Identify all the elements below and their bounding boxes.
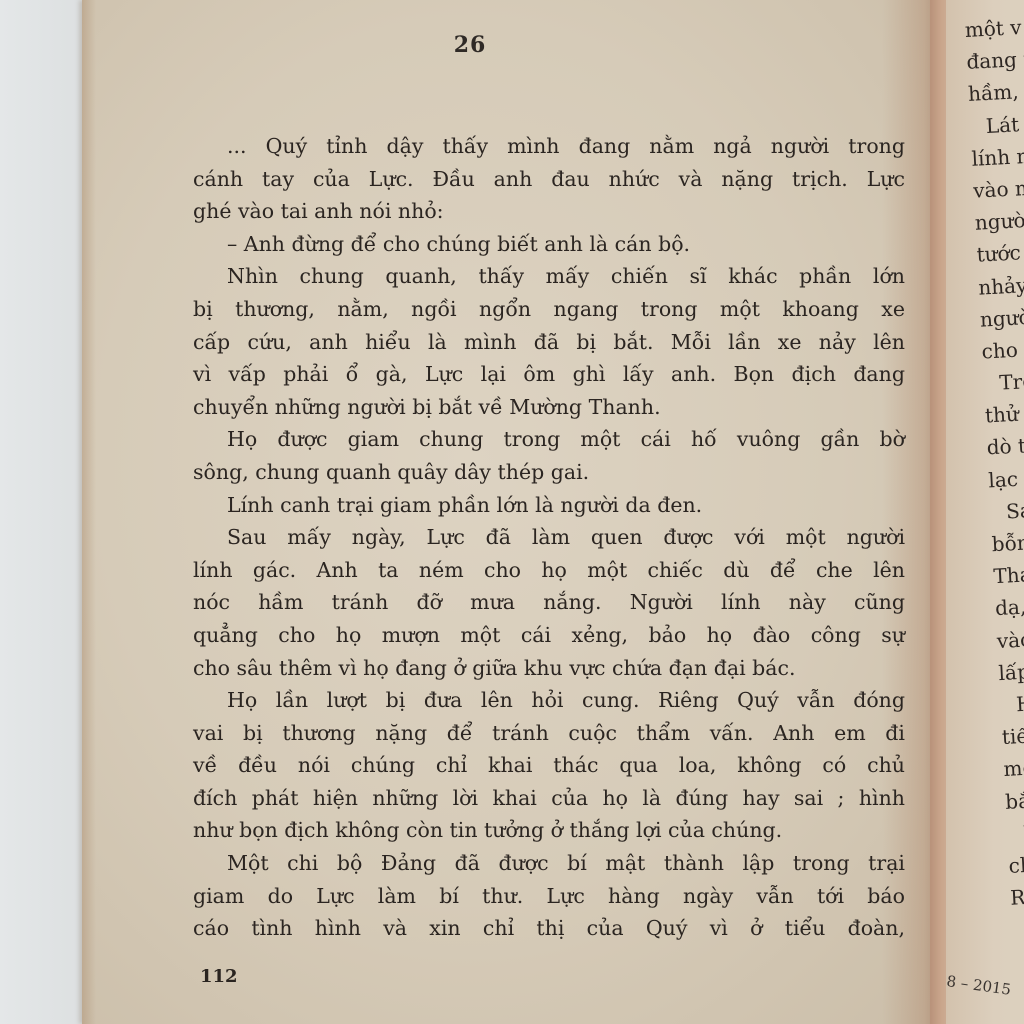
text-line: quẳng cho họ mượn một cái xẻng, bảo họ đ… <box>193 619 905 652</box>
right-text-line: bỗng n <box>991 524 1024 560</box>
right-text-line: Riêng I <box>1009 878 1024 914</box>
page-body-text: ... Quý tỉnh dậy thấy mình đang nằm ngả … <box>193 130 905 945</box>
text-line: cấp cứu, anh hiểu là mình đã bị bắt. Mỗi… <box>193 326 905 359</box>
book-photo: 26 ... Quý tỉnh dậy thấy mình đang nằm n… <box>0 0 1024 1024</box>
right-text-line: tiếng c <box>1001 717 1024 753</box>
right-text-line: chúng <box>1008 846 1024 882</box>
right-text-line: nhảy c <box>977 267 1024 303</box>
text-line: nóc hầm tránh đỡ mưa nắng. Người lính nà… <box>193 586 905 619</box>
text-line: bị thương, nằm, ngồi ngổn ngang trong mộ… <box>193 293 905 326</box>
text-line: Nhìn chung quanh, thấy mấy chiến sĩ khác… <box>193 260 905 293</box>
text-line: – Anh đừng để cho chúng biết anh là cán … <box>193 228 905 261</box>
page-number: 112 <box>200 966 238 987</box>
right-text-line: Tron <box>983 364 1024 400</box>
text-line: về đều nói chúng chỉ khai thác qua loa, … <box>193 749 905 782</box>
right-text-line: Sáng <box>989 492 1024 528</box>
text-line: vai bị thương nặng để tránh cuộc thẩm vấ… <box>193 717 905 750</box>
right-text-line: người <box>979 299 1024 335</box>
text-line: đích phát hiện những lời khai của họ là … <box>193 782 905 815</box>
right-text-line: cho há <box>981 331 1024 367</box>
right-text-line: dạ, nhả <box>994 589 1024 625</box>
text-line: cho sâu thêm vì họ đang ở giữa khu vực c… <box>193 652 905 685</box>
right-text-line: dò tìm <box>986 428 1024 464</box>
right-page: một vđang thầm, hLátlính mvào mingườitướ… <box>946 0 1024 1024</box>
right-text-line: hầm, h <box>967 74 1024 110</box>
text-line: cáo tình hình và xin chỉ thị của Quý vì … <box>193 912 905 945</box>
right-page-footer: 8 – 2015 <box>946 972 1012 999</box>
right-text-line: lạc đư <box>988 460 1024 496</box>
text-line: vì vấp phải ổ gà, Lực lại ôm ghì lấy anh… <box>193 358 905 391</box>
right-text-line: tước n <box>976 235 1024 271</box>
text-line: chuyển những người bị bắt về Mường Thanh… <box>193 391 905 424</box>
right-text-line: Thanh <box>993 556 1024 592</box>
right-text-line: lấp đất <box>998 653 1024 689</box>
text-line: Họ lần lượt bị đưa lên hỏi cung. Riêng Q… <box>193 684 905 717</box>
right-text-line: Bọn <box>1006 814 1024 850</box>
right-text-line: thử ma <box>984 396 1024 432</box>
text-line: ghé vào tai anh nói nhỏ: <box>193 195 905 228</box>
text-line: Một chi bộ Đảng đã được bí mật thành lập… <box>193 847 905 880</box>
background-surface <box>0 0 92 1024</box>
right-text-line: Họ đ <box>999 685 1024 721</box>
text-line: giam do Lực làm bí thư. Lực hàng ngày vẫ… <box>193 880 905 913</box>
right-text-line: vào mộ <box>996 621 1024 657</box>
text-line: Sau mấy ngày, Lực đã làm quen được với m… <box>193 521 905 554</box>
text-line: Lính canh trại giam phần lớn là người da… <box>193 489 905 522</box>
text-line: Họ được giam chung trong một cái hố vuôn… <box>193 423 905 456</box>
right-text-line: đang t <box>966 42 1024 78</box>
text-line: như bọn địch không còn tin tưởng ở thắng… <box>193 814 905 847</box>
right-text-line: lính m <box>971 139 1024 175</box>
chapter-number: 26 <box>0 32 940 58</box>
right-text-line: người <box>974 203 1024 239</box>
right-text-line: một v <box>964 10 1024 46</box>
right-page-text: một vđang thầm, hLátlính mvào mingườitướ… <box>964 10 1024 914</box>
right-text-line: bắt đầu <box>1004 781 1024 817</box>
text-line: lính gác. Anh ta ném cho họ một chiếc dù… <box>193 554 905 587</box>
text-line: ... Quý tỉnh dậy thấy mình đang nằm ngả … <box>193 130 905 163</box>
right-text-line: Lát <box>969 106 1024 142</box>
right-text-line: một m <box>1003 749 1024 785</box>
right-text-line: vào mi <box>972 171 1024 207</box>
text-line: sông, chung quanh quây dây thép gai. <box>193 456 905 489</box>
text-line: cánh tay của Lực. Đầu anh đau nhức và nặ… <box>193 163 905 196</box>
